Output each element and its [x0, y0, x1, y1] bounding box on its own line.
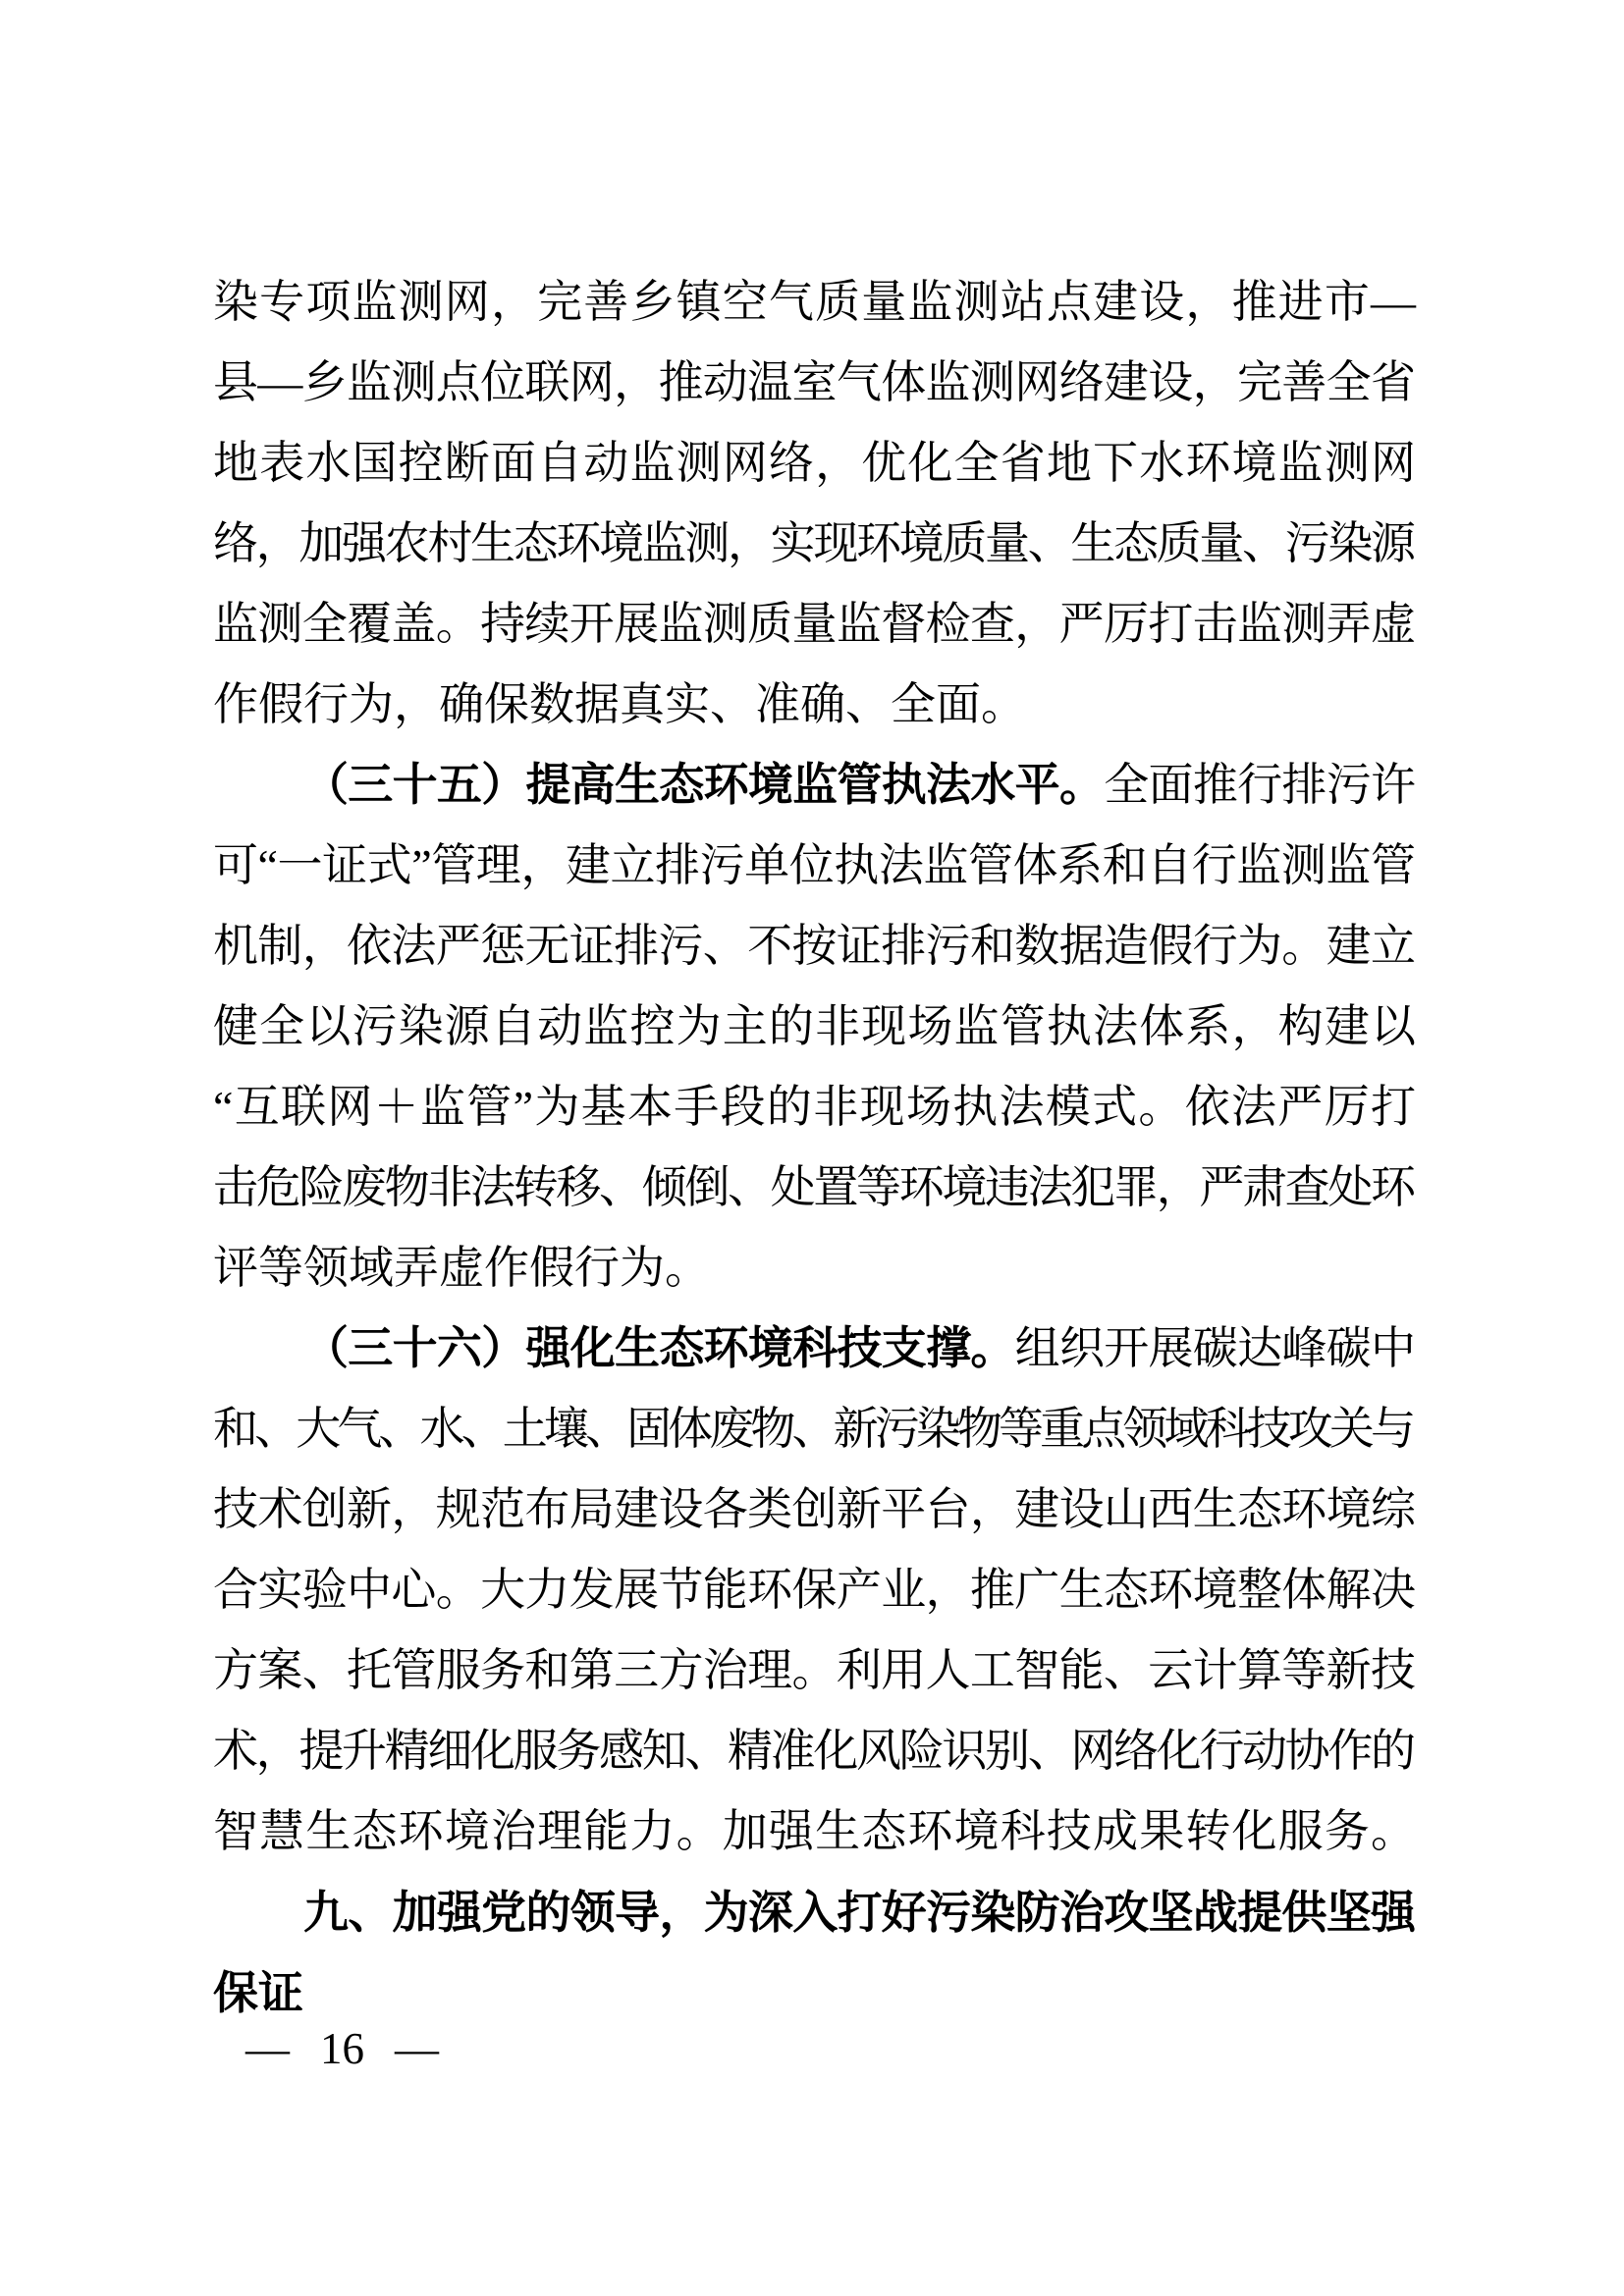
text-line: 可“一证式”管理，建立排污单位执法监管体系和自行监测监管 [213, 826, 1416, 906]
paragraph-36-science-tech-support: （三十六）强化生态环境科技支撑。组织开展碳达峰碳中和、大气、水、土壤、固体废物、… [213, 1308, 1416, 1872]
text-line: 健全以污染源自动监控为主的非现场监管执法体系，构建以 [213, 987, 1416, 1067]
text-line: “互联网＋监管”为基本手段的非现场执法模式。依法严厉打 [213, 1067, 1416, 1148]
body-text: 和、大气、水、土壤、固体废物、新污染物等重点领域科技攻关与 [213, 1404, 1412, 1454]
text-line: 作假行为，确保数据真实、准确、全面。 [213, 665, 1416, 745]
text-line: 智慧生态环境治理能力。加强生态环境科技成果转化服务。 [213, 1791, 1416, 1872]
chapter-head: 保证 [213, 1967, 303, 2018]
body-text: 染专项监测网，完善乡镇空气质量监测站点建设，推进市— [213, 277, 1417, 327]
text-line: 术，提升精细化服务感知、精准化风险识别、网络化行动协作的 [213, 1711, 1416, 1791]
paragraph-monitoring-network-continuation: 染专项监测网，完善乡镇空气质量监测站点建设，推进市—县—乡监测点位联网，推动温室… [213, 262, 1416, 745]
text-line: 地表水国控断面自动监测网络，优化全省地下水环境监测网 [213, 423, 1416, 504]
text-line: （三十五）提高生态环境监管执法水平。全面推行排污许 [213, 745, 1416, 826]
body-text: 方案、托管服务和第三方治理。利用人工智能、云计算等新技 [213, 1645, 1415, 1695]
body-text: 组织开展碳达峰碳中 [1015, 1323, 1416, 1373]
text-line: 方案、托管服务和第三方治理。利用人工智能、云计算等新技 [213, 1630, 1416, 1711]
text-line: 机制，依法严惩无证排污、不按证排污和数据造假行为。建立 [213, 906, 1416, 987]
body-text: “互联网＋监管”为基本手段的非现场执法模式。依法严厉打 [213, 1082, 1417, 1132]
document-body: 染专项监测网，完善乡镇空气质量监测站点建设，推进市—县—乡监测点位联网，推动温室… [213, 262, 1416, 2033]
body-text: 络，加强农村生态环境监测，实现环境质量、生态质量、污染源 [213, 518, 1414, 568]
footer-dash-left: — [245, 2024, 290, 2073]
text-line: 九、加强党的领导，为深入打好污染防治攻坚战提供坚强 [213, 1872, 1416, 1952]
body-text: 击危险废物非法转移、倾倒、处置等环境违法犯罪，严肃查处环 [213, 1162, 1414, 1212]
body-text: 健全以污染源自动监控为主的非现场监管执法体系，构建以 [213, 1001, 1417, 1051]
text-line: 保证 [213, 1952, 1416, 2033]
text-line: （三十六）强化生态环境科技支撑。组织开展碳达峰碳中 [213, 1308, 1416, 1389]
section-head: （三十五）提高生态环境监管执法水平。 [303, 760, 1104, 810]
body-text: 技术创新，规范布局建设各类创新平台，建设山西生态环境综 [213, 1484, 1415, 1534]
body-text: 可“一证式”管理，建立排污单位执法监管体系和自行监测监管 [213, 840, 1416, 890]
body-text: 术，提升精细化服务感知、精准化风险识别、网络化行动协作的 [213, 1726, 1414, 1776]
body-text: 全面推行排污许 [1104, 760, 1415, 810]
footer-dash-right: — [395, 2024, 439, 2073]
text-line: 评等领域弄虚作假行为。 [213, 1228, 1416, 1308]
text-line: 和、大气、水、土壤、固体废物、新污染物等重点领域科技攻关与 [213, 1389, 1416, 1469]
body-text: 机制，依法严惩无证排污、不按证排污和数据造假行为。建立 [213, 921, 1415, 971]
text-line: 染专项监测网，完善乡镇空气质量监测站点建设，推进市— [213, 262, 1416, 343]
body-text: 作假行为，确保数据真实、准确、全面。 [213, 679, 1026, 729]
paragraph-35-regulation-enforcement: （三十五）提高生态环境监管执法水平。全面推行排污许可“一证式”管理，建立排污单位… [213, 745, 1416, 1308]
text-line: 络，加强农村生态环境监测，实现环境质量、生态质量、污染源 [213, 504, 1416, 584]
body-text: 县—乡监测点位联网，推动温室气体监测网络建设，完善全省 [213, 357, 1415, 407]
page-footer: —16— [245, 2024, 439, 2073]
text-line: 技术创新，规范布局建设各类创新平台，建设山西生态环境综 [213, 1469, 1416, 1550]
document-page: 染专项监测网，完善乡镇空气质量监测站点建设，推进市—县—乡监测点位联网，推动温室… [0, 0, 1624, 2296]
body-text: 合实验中心。大力发展节能环保产业，推广生态环境整体解决 [213, 1565, 1415, 1615]
text-line: 击危险废物非法转移、倾倒、处置等环境违法犯罪，严肃查处环 [213, 1148, 1416, 1228]
section-head: （三十六）强化生态环境科技支撑。 [303, 1323, 1015, 1373]
body-text: 监测全覆盖。持续开展监测质量监督检查，严厉打击监测弄虚 [213, 599, 1415, 649]
chapter-head: 九、加强党的领导，为深入打好污染防治攻坚战提供坚强 [303, 1887, 1415, 1938]
body-text: 评等领域弄虚作假行为。 [213, 1243, 710, 1293]
text-line: 合实验中心。大力发展节能环保产业，推广生态环境整体解决 [213, 1550, 1416, 1630]
body-text: 智慧生态环境治理能力。加强生态环境科技成果转化服务。 [213, 1806, 1417, 1856]
text-line: 县—乡监测点位联网，推动温室气体监测网络建设，完善全省 [213, 343, 1416, 423]
footer-page-number: 16 [320, 2024, 364, 2073]
heading-chapter-9-party-leadership: 九、加强党的领导，为深入打好污染防治攻坚战提供坚强保证 [213, 1872, 1416, 2033]
text-line: 监测全覆盖。持续开展监测质量监督检查，严厉打击监测弄虚 [213, 584, 1416, 665]
body-text: 地表水国控断面自动监测网络，优化全省地下水环境监测网 [213, 438, 1417, 488]
